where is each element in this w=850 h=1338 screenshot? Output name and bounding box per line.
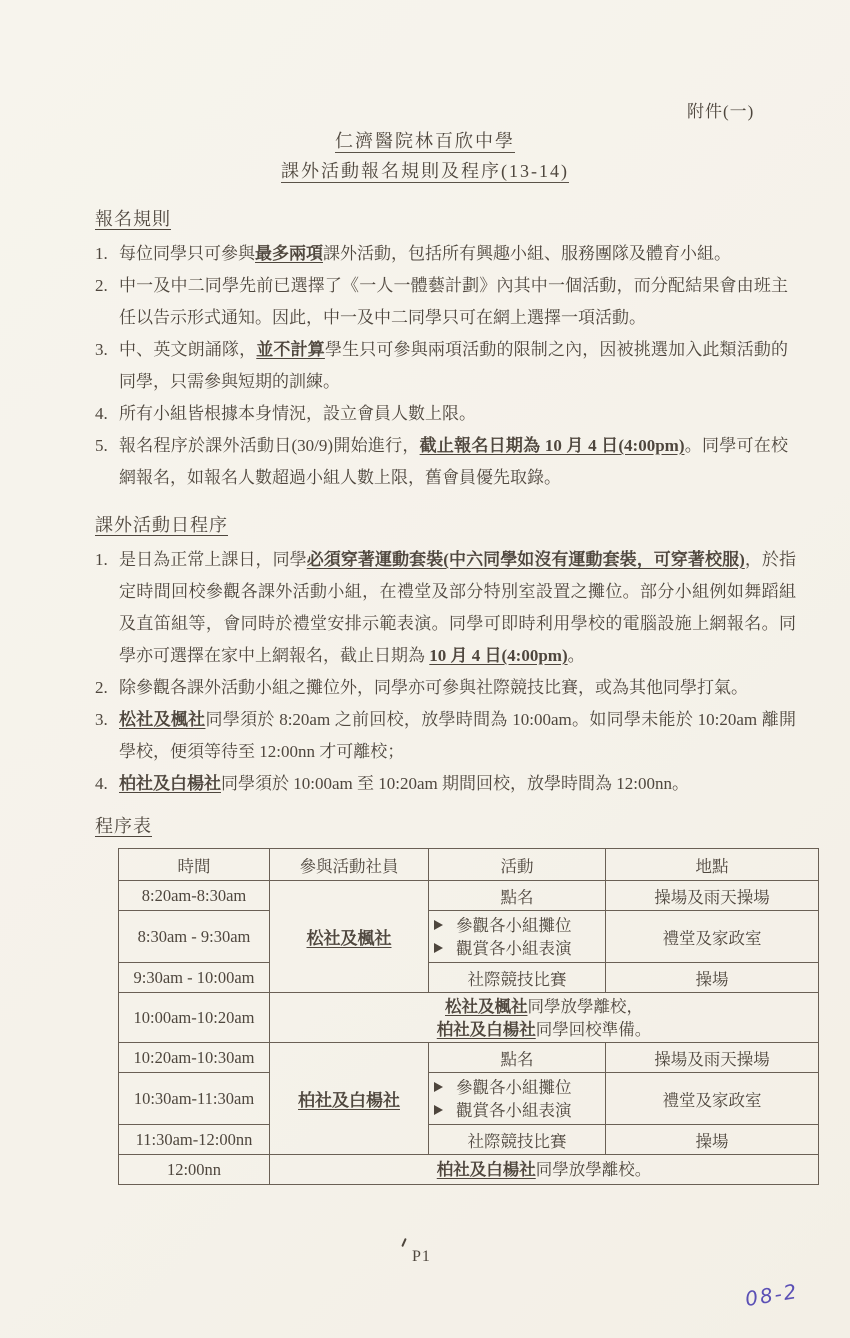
group-name: 松社及楓社 (307, 929, 392, 948)
bullet-line: 參觀各小組攤位 (432, 914, 602, 937)
rule-item: 5. 報名程序於課外活動日(30/9)開始進行，截止報名日期為 10 月 4 日… (95, 430, 788, 494)
item-text: 所有小組皆根據本身情況，設立會員人數上限。 (119, 398, 788, 430)
item-number: 2. (95, 270, 119, 334)
bullet-text: 參觀各小組攤位 (456, 1076, 572, 1099)
procedure-item: 4. 柏社及白楊社同學須於 10:00am 至 10:20am 期間回校，放學時… (95, 768, 796, 800)
item-text: 中一及中二同學先前已選擇了《一人一體藝計劃》內其中一個活動，而分配結果會由班主任… (119, 270, 788, 334)
procedure-item: 1. 是日為正常上課日，同學必須穿著運動套裝(中六同學如沒有運動套裝，可穿著校服… (95, 544, 796, 672)
activity-cell: 點名 (429, 1043, 606, 1073)
document-title: 課外活動報名規則及程序(13-14) (0, 157, 850, 183)
item-text: 柏社及白楊社同學須於 10:00am 至 10:20am 期間回校，放學時間為 … (119, 768, 796, 800)
item-number: 1. (95, 238, 119, 270)
item-number: 4. (95, 768, 119, 800)
arrowhead-right-icon (434, 1082, 443, 1092)
arrowhead-right-icon (434, 943, 443, 953)
activity-cell: 點名 (429, 881, 606, 911)
item-text: 除參觀各課外活動小組之攤位外，同學亦可參與社際競技比賽，或為其他同學打氣。 (119, 672, 796, 704)
item-text: 報名程序於課外活動日(30/9)開始進行，截止報名日期為 10 月 4 日(4:… (119, 430, 788, 494)
item-text: 每位同學只可參與最多兩項課外活動，包括所有興趣小組、服務團隊及體育小組。 (119, 238, 788, 270)
table-row: 9:30am - 10:00am 社際競技比賽 操場 (119, 963, 819, 993)
header-cell-activity: 活動 (429, 849, 606, 881)
time-cell: 8:30am - 9:30am (119, 911, 270, 963)
location-cell: 禮堂及家政室 (606, 911, 819, 963)
location-cell: 禮堂及家政室 (606, 1073, 819, 1125)
item-number: 3. (95, 704, 119, 768)
time-cell: 10:00am-10:20am (119, 993, 270, 1043)
item-number: 1. (95, 544, 119, 672)
attachment-label: 附件(一) (687, 97, 754, 122)
section-heading-rules: 報名規則 (95, 205, 171, 231)
activity-day-section: 課外活動日程序 1. 是日為正常上課日，同學必須穿著運動套裝(中六同學如沒有運動… (95, 511, 796, 800)
stray-pen-mark (401, 1238, 406, 1247)
activity-cell: 社際競技比賽 (429, 963, 606, 993)
table-row: 11:30am-12:00nn 社際競技比賽 操場 (119, 1125, 819, 1155)
school-name-text: 仁濟醫院林百欣中學 (335, 131, 515, 153)
location-cell: 操場 (606, 963, 819, 993)
rule-item: 4. 所有小組皆根據本身情況，設立會員人數上限。 (95, 398, 788, 430)
table-row: 10:00am-10:20am 松社及楓社同學放學離校， 柏社及白楊社同學回校準… (119, 993, 819, 1043)
table-row: 8:30am - 9:30am 參觀各小組攤位 觀賞各小組表演 禮堂及家政室 (119, 911, 819, 963)
time-cell: 9:30am - 10:00am (119, 963, 270, 993)
school-name: 仁濟醫院林百欣中學 (0, 127, 850, 153)
activity-cell: 社際競技比賽 (429, 1125, 606, 1155)
item-number: 5. (95, 430, 119, 494)
table-header-row: 時間 參與活動社員 活動 地點 (119, 849, 819, 881)
note-line: 松社及楓社同學放學離校， (273, 995, 815, 1018)
table-row: 12:00nn 柏社及白楊社同學放學離校。 (119, 1155, 819, 1185)
time-cell: 12:00nn (119, 1155, 270, 1185)
bullet-text: 參觀各小組攤位 (456, 914, 572, 937)
dismissal-note-cell: 柏社及白楊社同學放學離校。 (270, 1155, 819, 1185)
item-number: 4. (95, 398, 119, 430)
handwritten-note: 08-2 (743, 1279, 799, 1311)
time-cell: 10:20am-10:30am (119, 1043, 270, 1073)
item-text: 是日為正常上課日，同學必須穿著運動套裝(中六同學如沒有運動套裝，可穿著校服)，於… (119, 544, 796, 672)
time-cell: 11:30am-12:00nn (119, 1125, 270, 1155)
bullet-line: 參觀各小組攤位 (432, 1076, 602, 1099)
scanned-document-page: 附件(一) 仁濟醫院林百欣中學 課外活動報名規則及程序(13-14) 報名規則 … (0, 0, 850, 1338)
rule-item: 3. 中、英文朗誦隊，並不計算學生只可參與兩項活動的限制之內，因被挑選加入此類活… (95, 334, 788, 398)
arrowhead-right-icon (434, 1105, 443, 1115)
registration-rules-section: 報名規則 1. 每位同學只可參與最多兩項課外活動，包括所有興趣小組、服務團隊及體… (95, 205, 788, 494)
group-cell: 柏社及白楊社 (270, 1043, 429, 1155)
activity-cell: 參觀各小組攤位 觀賞各小組表演 (429, 911, 606, 963)
table-row: 10:30am-11:30am 參觀各小組攤位 觀賞各小組表演 禮堂及家政室 (119, 1073, 819, 1125)
schedule-table: 時間 參與活動社員 活動 地點 8:20am-8:30am 松社及楓社 點名 操… (118, 848, 819, 1185)
item-text: 松社及楓社同學須於 8:20am 之前回校，放學時間為 10:00am。如同學未… (119, 704, 796, 768)
group-cell: 松社及楓社 (270, 881, 429, 993)
transition-note-cell: 松社及楓社同學放學離校， 柏社及白楊社同學回校準備。 (270, 993, 819, 1043)
activity-cell: 參觀各小組攤位 觀賞各小組表演 (429, 1073, 606, 1125)
location-cell: 操場 (606, 1125, 819, 1155)
note-line: 柏社及白楊社同學回校準備。 (273, 1018, 815, 1041)
time-cell: 8:20am-8:30am (119, 881, 270, 911)
procedure-item: 3. 松社及楓社同學須於 8:20am 之前回校，放學時間為 10:00am。如… (95, 704, 796, 768)
table-row: 10:20am-10:30am 柏社及白楊社 點名 操場及雨天操場 (119, 1043, 819, 1073)
header-cell-time: 時間 (119, 849, 270, 881)
group-name: 柏社及白楊社 (298, 1091, 400, 1110)
location-cell: 操場及雨天操場 (606, 881, 819, 911)
rule-item: 1. 每位同學只可參與最多兩項課外活動，包括所有興趣小組、服務團隊及體育小組。 (95, 238, 788, 270)
schedule-section: 程序表 時間 參與活動社員 活動 地點 8:20am-8:30am 松社及楓社 … (95, 812, 795, 1185)
procedure-item: 2. 除參觀各課外活動小組之攤位外，同學亦可參與社際競技比賽，或為其他同學打氣。 (95, 672, 796, 704)
section-heading-activity-day: 課外活動日程序 (95, 511, 228, 537)
bullet-line: 觀賞各小組表演 (432, 937, 602, 960)
location-cell: 操場及雨天操場 (606, 1043, 819, 1073)
arrowhead-right-icon (434, 920, 443, 930)
bullet-text: 觀賞各小組表演 (456, 1099, 572, 1122)
table-row: 8:20am-8:30am 松社及楓社 點名 操場及雨天操場 (119, 881, 819, 911)
header-cell-group: 參與活動社員 (270, 849, 429, 881)
item-number: 2. (95, 672, 119, 704)
section-heading-schedule: 程序表 (95, 812, 152, 838)
header-cell-location: 地點 (606, 849, 819, 881)
bullet-text: 觀賞各小組表演 (456, 937, 572, 960)
rule-item: 2. 中一及中二同學先前已選擇了《一人一體藝計劃》內其中一個活動，而分配結果會由… (95, 270, 788, 334)
page-number: P1 (412, 1248, 431, 1266)
item-number: 3. (95, 334, 119, 398)
item-text: 中、英文朗誦隊，並不計算學生只可參與兩項活動的限制之內，因被挑選加入此類活動的同… (119, 334, 788, 398)
bullet-line: 觀賞各小組表演 (432, 1099, 602, 1122)
document-title-text: 課外活動報名規則及程序(13-14) (281, 161, 569, 183)
time-cell: 10:30am-11:30am (119, 1073, 270, 1125)
